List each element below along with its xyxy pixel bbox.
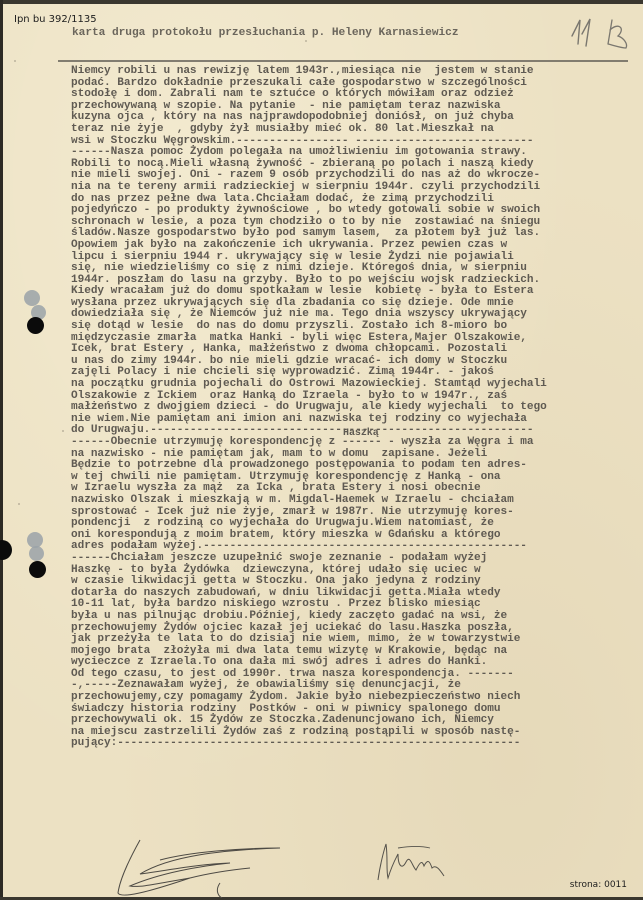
paper-fleck: [62, 430, 64, 432]
signature-witness-icon: [370, 840, 470, 885]
punch-hole: [27, 317, 44, 334]
typed-line: Niemcy robili u nas rewizję latem 1943r.…: [71, 66, 636, 78]
paper-fleck: [305, 40, 307, 42]
scan-left-border: [0, 0, 3, 900]
archive-reference: Ipn bu 392/1135: [14, 14, 97, 25]
heading-divider: [58, 60, 628, 62]
testimony-body: Niemcy robili u nas rewizję latem 1943r.…: [71, 66, 636, 750]
typed-line: nia na te tereny armii radzieckiej w sie…: [71, 182, 636, 194]
typed-line: pojedyńczo - po produkty żywnościowe , b…: [71, 205, 636, 217]
paper-fleck: [14, 60, 16, 62]
paper-fleck: [18, 503, 20, 505]
typed-line: nazwisko Olszak i mieszkają w m. Migdal-…: [71, 495, 636, 507]
document-page: Ipn bu 392/1135 karta druga protokołu pr…: [0, 0, 643, 900]
typed-line: ------Chciałam jeszcze uzupełnić swoje z…: [71, 553, 636, 565]
typed-line: się, nie wiedzieliśmy co się z nimi dzie…: [71, 263, 636, 275]
punch-hole-ghost: [29, 546, 44, 561]
typed-line: jak przeżyła te lata to do dzisiaj nie w…: [71, 634, 636, 646]
typed-line: była u nas pilnując drobiu.Później, kied…: [71, 611, 636, 623]
typed-line: pondencji z rodziną co wyjechała do Urug…: [71, 518, 636, 530]
typed-line: pujący:---------------------------------…: [71, 738, 636, 750]
typed-line: teraz nie żyje , gdyby żył musiałby mieć…: [71, 124, 636, 136]
signature-interviewer-icon: [100, 838, 340, 898]
handwritten-folio-number-icon: [560, 14, 640, 54]
typed-line: przechowujemy,czy pomagamy Żydom. Jakie …: [71, 692, 636, 704]
binder-clip-mark: [0, 540, 12, 560]
page-number: strona: 0011: [570, 880, 627, 890]
typed-line: na początku grudnia pojechali do Ostrowi…: [71, 379, 636, 391]
scan-top-border: [0, 0, 643, 4]
typed-line: Opowiem jak było na zakończenie ich ukry…: [71, 240, 636, 252]
document-heading: karta druga protokołu przesłuchania p. H…: [72, 27, 459, 39]
typed-line: ------Nasza pomoc Żydom polegała na umoż…: [71, 147, 636, 159]
typed-line: w czasie likwidacji getta w Stoczku. Ona…: [71, 576, 636, 588]
punch-hole: [29, 561, 46, 578]
punch-hole-ghost: [24, 290, 40, 306]
typed-line: się dotąd w lesie do nas do domu przyszl…: [71, 321, 636, 333]
